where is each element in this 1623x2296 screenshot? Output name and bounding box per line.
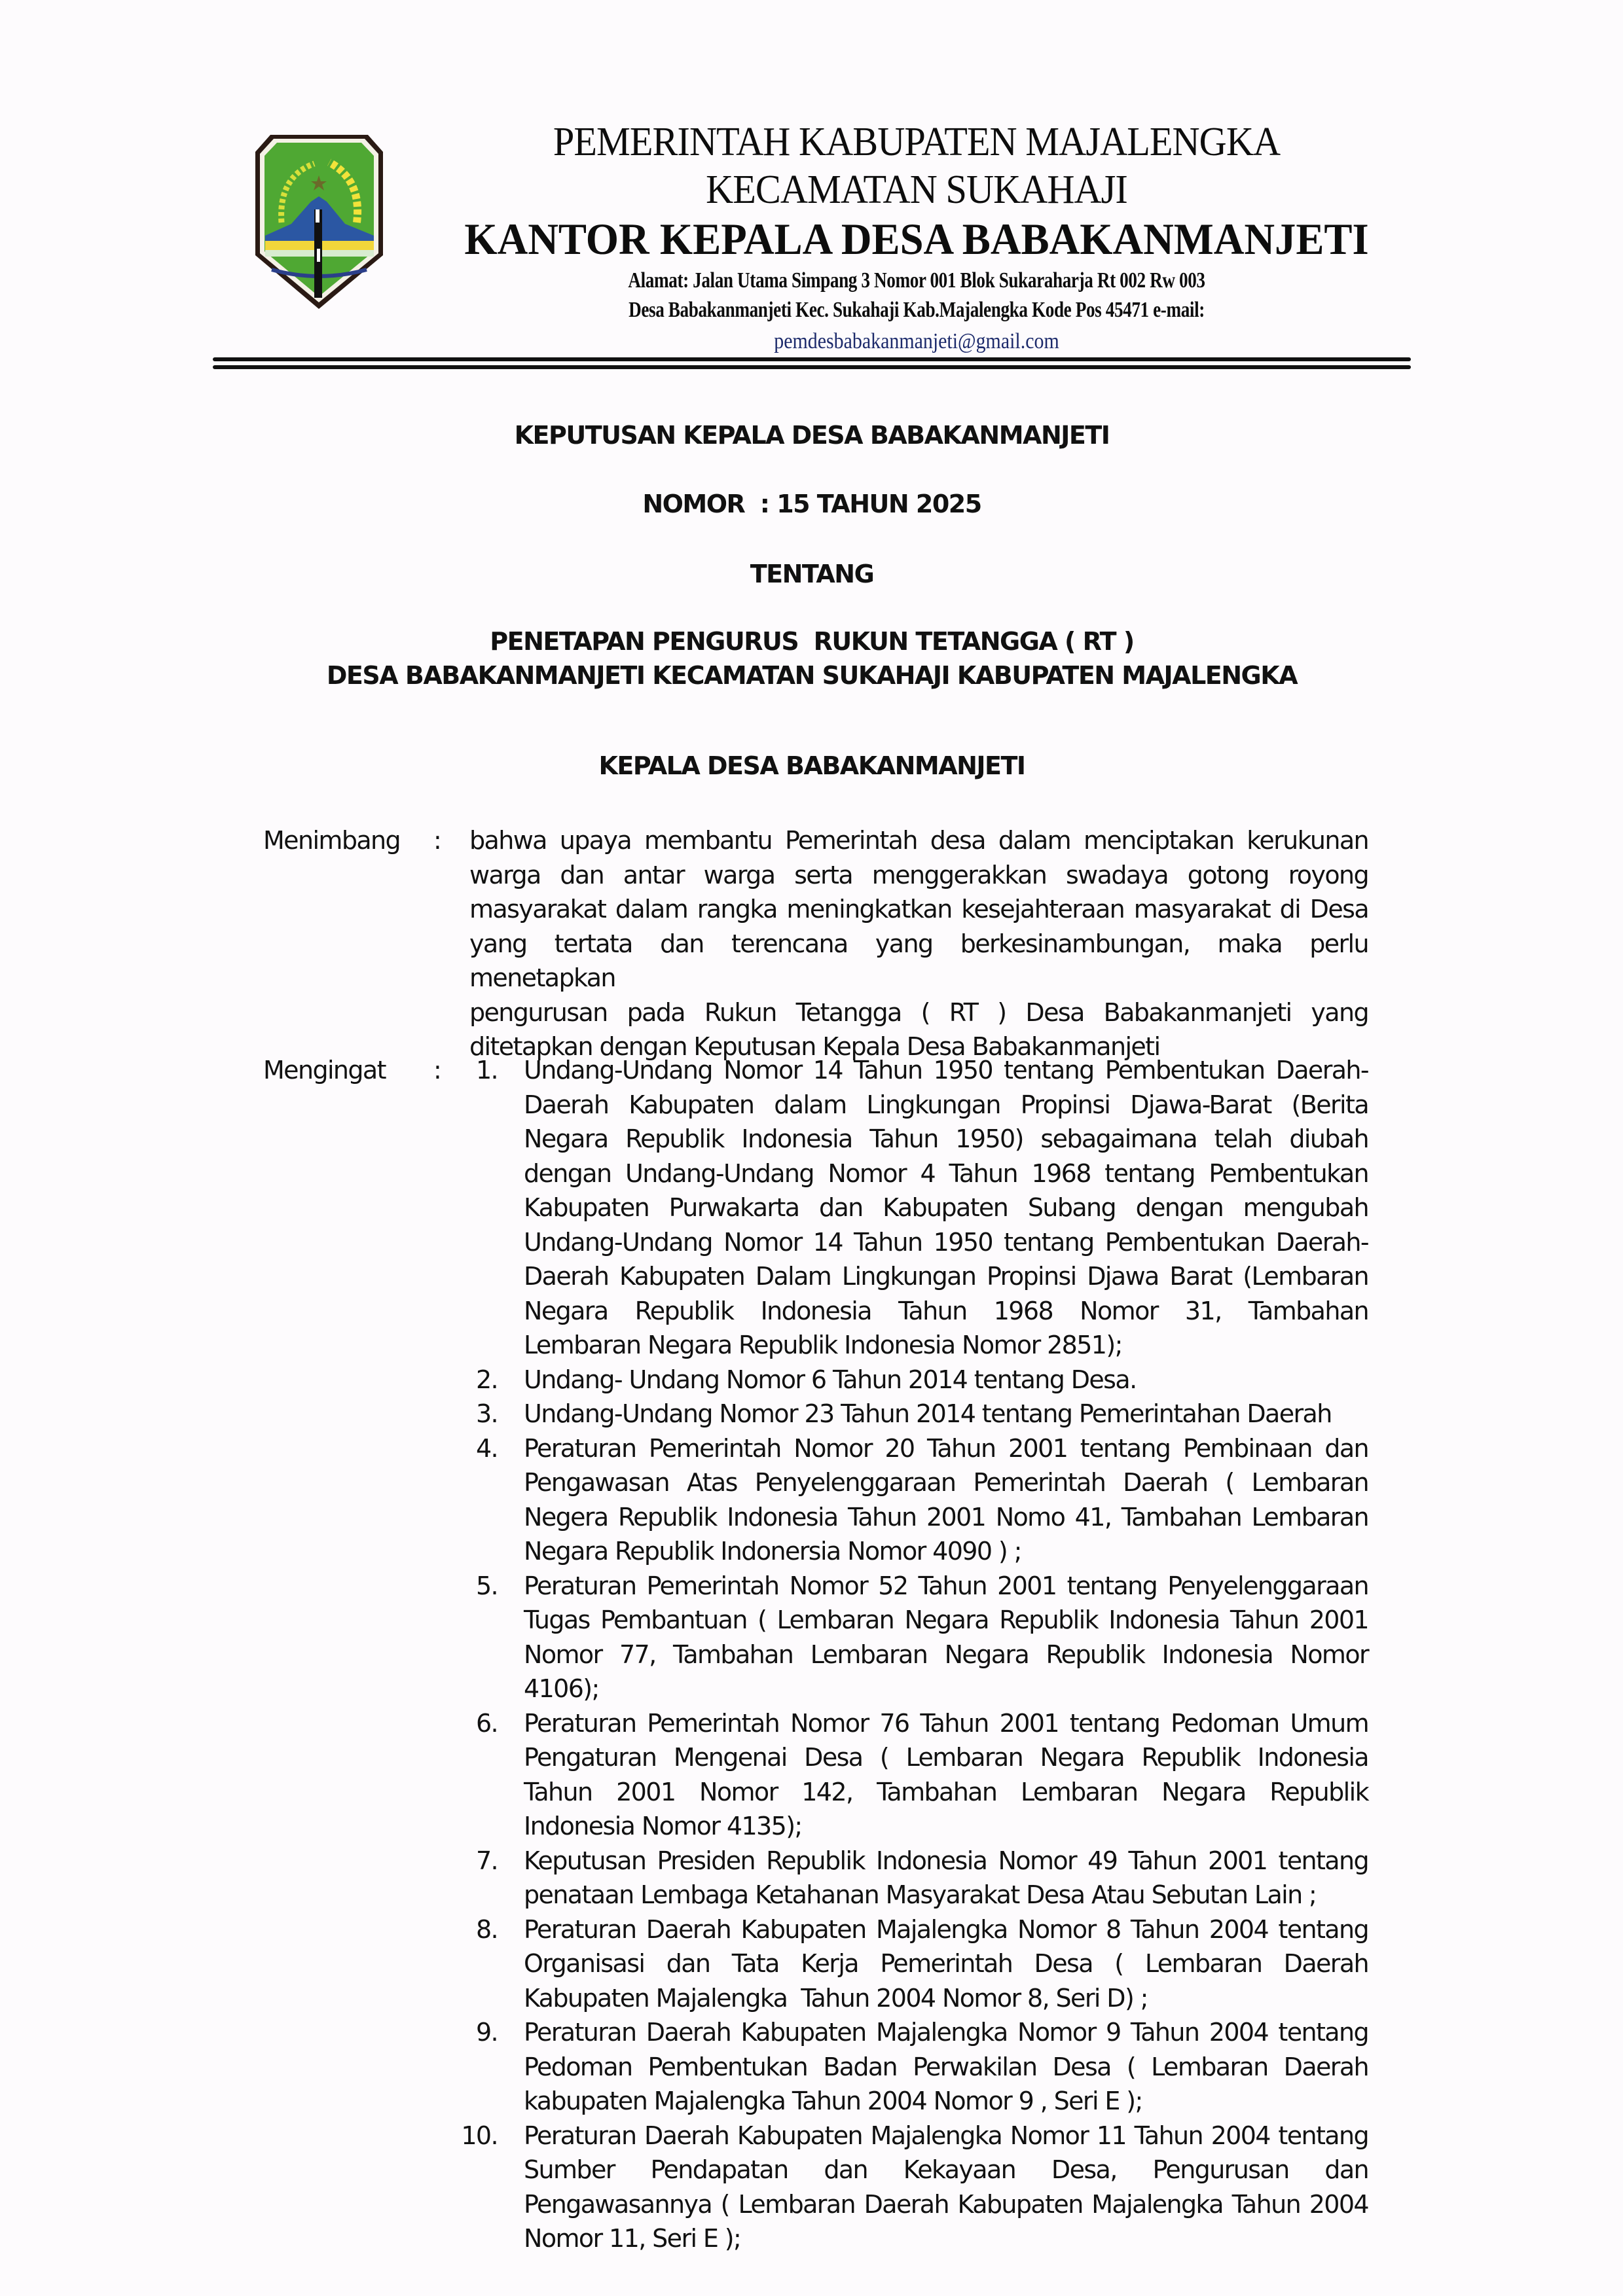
text-line: 4106); — [524, 1672, 1368, 1706]
legal-basis-item: 3.Undang-Undang Nomor 23 Tahun 2014 tent… — [452, 1397, 1368, 1431]
legal-basis-item: 8.Peraturan Daerah Kabupaten Majalengka … — [452, 1912, 1368, 2016]
item-text: Peraturan Pemerintah Nomor 52 Tahun 2001… — [524, 1569, 1368, 1706]
item-number: 2. — [452, 1363, 498, 1397]
item-number: 8. — [452, 1912, 498, 1947]
text-line: Daerah Kabupaten dalam Lingkungan Propin… — [524, 1088, 1368, 1122]
item-text: Keputusan Presiden Republik Indonesia No… — [524, 1844, 1368, 1912]
letterhead-divider-top — [213, 357, 1411, 361]
decree-subject-line-2: DESA BABAKANMANJETI KECAMATAN SUKAHAJI K… — [216, 661, 1408, 690]
text-line: Undang-Undang Nomor 14 Tahun 1950 tentan… — [524, 1053, 1368, 1088]
text-line: bahwa upaya membantu Pemerintah desa dal… — [469, 823, 1368, 858]
item-text: Peraturan Daerah Kabupaten Majalengka No… — [524, 2015, 1368, 2119]
legal-basis-item: 4. Peraturan Pemerintah Nomor 20 Tahun 2… — [452, 1431, 1368, 1569]
item-number: 4. — [452, 1431, 498, 1466]
letterhead-divider-bottom — [213, 365, 1411, 369]
text-line: Tahun 2001 Nomor 142, Tambahan Lembaran … — [524, 1775, 1368, 1810]
text-line: Negara Republik Indonesia Tahun 1968 Nom… — [524, 1294, 1368, 1329]
text-line: Peraturan Daerah Kabupaten Majalengka No… — [524, 1912, 1368, 1947]
text-line: Keputusan Presiden Republik Indonesia No… — [524, 1844, 1368, 1878]
text-line: dengan Undang-Undang Nomor 4 Tahun 1968 … — [524, 1157, 1368, 1191]
text-line: yang tertata dan terencana yang berkesin… — [469, 927, 1368, 996]
legal-basis-item: 2.Undang- Undang Nomor 6 Tahun 2014 tent… — [452, 1363, 1368, 1397]
text-line: Kabupaten Purwakarta dan Kabupaten Suban… — [524, 1191, 1368, 1225]
item-text: Peraturan Daerah Kabupaten Majalengka No… — [524, 1912, 1368, 2016]
item-text: Undang- Undang Nomor 6 Tahun 2014 tentan… — [524, 1363, 1368, 1397]
text-line: Pengawasannya ( Lembaran Daerah Kabupate… — [524, 2187, 1368, 2222]
item-text: Peraturan Daerah Kabupaten Majalengka No… — [524, 2119, 1368, 2256]
legal-basis-item: 5.Peraturan Pemerintah Nomor 52 Tahun 20… — [452, 1569, 1368, 1706]
item-number: 3. — [452, 1397, 498, 1431]
item-number: 6. — [452, 1706, 498, 1741]
text-line: pengurusan pada Rukun Tetangga ( RT ) De… — [469, 996, 1368, 1030]
letterhead-address-line-1: Alamat: Jalan Utama Simpang 3 Nomor 001 … — [519, 268, 1315, 293]
text-line: Tugas Pembantuan ( Lembaran Negara Repub… — [524, 1603, 1368, 1638]
text-line: Peraturan Daerah Kabupaten Majalengka No… — [524, 2119, 1368, 2153]
text-line: Sumber Pendapatan dan Kekayaan Desa, Pen… — [524, 2153, 1368, 2187]
text-line: Nomor 11, Seri E ); — [524, 2221, 1368, 2256]
text-line: Lembaran Negara Republik Indonesia Nomor… — [524, 1328, 1368, 1363]
mengingat-label: Mengingat — [263, 1053, 386, 1088]
text-line: Pengawasan Atas Penyelenggaraan Pemerint… — [524, 1465, 1368, 1500]
letterhead-government-line: PEMERINTAH KABUPATEN MAJALENGKA — [449, 119, 1385, 166]
text-line: Pengaturan Mengenai Desa ( Lembaran Nega… — [524, 1740, 1368, 1775]
text-line: Negera Republik Indonesia Tahun 2001 Nom… — [524, 1500, 1368, 1535]
text-line: Organisasi dan Tata Kerja Pemerintah Des… — [524, 1946, 1368, 1981]
decree-heading: KEPUTUSAN KEPALA DESA BABAKANMANJETI — [216, 421, 1408, 450]
letterhead-email-link[interactable]: pemdesbabakanmanjeti@gmail.com — [479, 329, 1355, 354]
decree-issuer: KEPALA DESA BABAKANMANJETI — [216, 751, 1408, 780]
text-line: Undang-Undang Nomor 14 Tahun 1950 tentan… — [524, 1225, 1368, 1260]
text-line: Undang-Undang Nomor 23 Tahun 2014 tentan… — [524, 1397, 1368, 1431]
item-text: Undang-Undang Nomor 23 Tahun 2014 tentan… — [524, 1397, 1368, 1431]
menimbang-label: Menimbang — [263, 823, 400, 858]
legal-basis-item: 10.Peraturan Daerah Kabupaten Majalengka… — [452, 2119, 1368, 2256]
text-line: Peraturan Pemerintah Nomor 20 Tahun 2001… — [524, 1431, 1368, 1466]
text-line: warga dan antar warga serta menggerakkan… — [469, 858, 1368, 893]
text-line: Nomor 77, Tambahan Lembaran Negara Repub… — [524, 1638, 1368, 1672]
item-text: Peraturan Pemerintah Nomor 76 Tahun 2001… — [524, 1706, 1368, 1844]
majalengka-coat-of-arms-icon — [252, 131, 386, 311]
text-line: Negara Republik Indonersia Nomor 4090 ) … — [524, 1534, 1368, 1569]
text-line: Indonesia Nomor 4135); — [524, 1809, 1368, 1844]
decree-about-label: TENTANG — [216, 560, 1408, 588]
letterhead-address-line-2: Desa Babakanmanjeti Kec. Sukahaji Kab.Ma… — [519, 298, 1315, 323]
text-line: Daerah Kabupaten Dalam Lingkungan Propin… — [524, 1259, 1368, 1294]
item-text: Undang-Undang Nomor 14 Tahun 1950 tentan… — [524, 1053, 1368, 1363]
mengingat-legal-basis-list: 1.Undang-Undang Nomor 14 Tahun 1950 tent… — [452, 1053, 1368, 2256]
mengingat-colon: : — [433, 1053, 441, 1088]
text-line: penataan Lembaga Ketahanan Masyarakat De… — [524, 1878, 1368, 1912]
legal-basis-item: 6.Peraturan Pemerintah Nomor 76 Tahun 20… — [452, 1706, 1368, 1844]
item-number: 7. — [452, 1844, 498, 1878]
letterhead-district-line: KECAMATAN SUKAHAJI — [449, 167, 1385, 213]
menimbang-colon: : — [433, 823, 441, 858]
letterhead-office-name: KANTOR KEPALA DESA BABAKANMANJETI — [444, 213, 1389, 265]
item-number: 5. — [452, 1569, 498, 1604]
legal-basis-item: 7.Keputusan Presiden Republik Indonesia … — [452, 1844, 1368, 1912]
text-line: Kabupaten Majalengka Tahun 2004 Nomor 8,… — [524, 1981, 1368, 2016]
menimbang-body: bahwa upaya membantu Pemerintah desa dal… — [469, 823, 1368, 1064]
decree-number: NOMOR : 15 TAHUN 2025 — [216, 490, 1408, 518]
legal-basis-item: 1.Undang-Undang Nomor 14 Tahun 1950 tent… — [452, 1053, 1368, 1363]
legal-basis-item: 9.Peraturan Daerah Kabupaten Majalengka … — [452, 2015, 1368, 2119]
text-line: Undang- Undang Nomor 6 Tahun 2014 tentan… — [524, 1363, 1368, 1397]
text-line: masyarakat dalam rangka meningkatkan kes… — [469, 892, 1368, 927]
item-number: 10. — [452, 2119, 498, 2153]
item-number: 1. — [452, 1053, 498, 1088]
text-line: Peraturan Pemerintah Nomor 52 Tahun 2001… — [524, 1569, 1368, 1604]
text-line: Negara Republik Indonesia Tahun 1950) se… — [524, 1122, 1368, 1157]
item-text: Peraturan Pemerintah Nomor 20 Tahun 2001… — [524, 1431, 1368, 1569]
item-number: 9. — [452, 2015, 498, 2050]
text-line: Peraturan Pemerintah Nomor 76 Tahun 2001… — [524, 1706, 1368, 1741]
text-line: Pedoman Pembentukan Badan Perwakilan Des… — [524, 2050, 1368, 2085]
text-line: kabupaten Majalengka Tahun 2004 Nomor 9 … — [524, 2084, 1368, 2119]
text-line: Peraturan Daerah Kabupaten Majalengka No… — [524, 2015, 1368, 2050]
decree-subject-line-1: PENETAPAN PENGURUS RUKUN TETANGGA ( RT ) — [216, 627, 1408, 656]
